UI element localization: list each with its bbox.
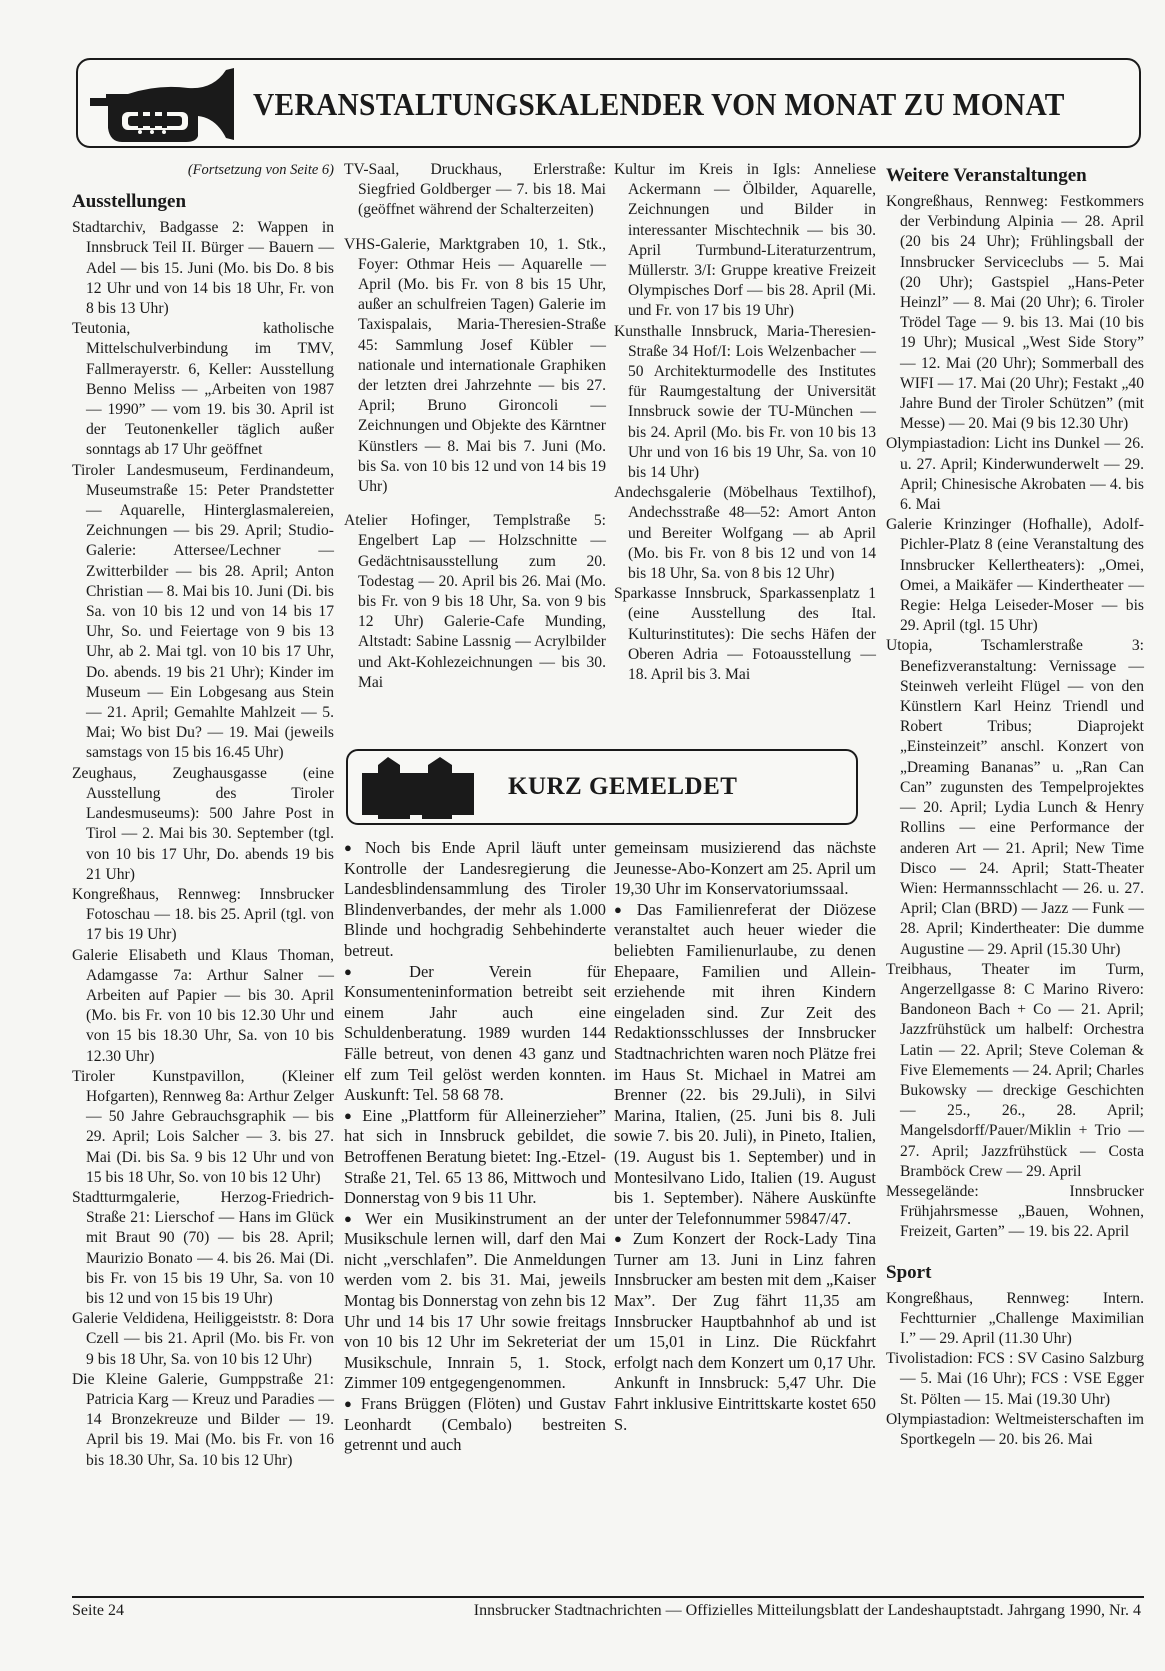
continued-note: (Fortsetzung von Seite 6) — [72, 160, 334, 180]
listing-entry: Stadtarchiv, Badgasse 2: Wappen in Innsb… — [72, 218, 334, 319]
listing-entry: Treibhaus, Theater im Turm, Angerzellgas… — [886, 960, 1144, 1182]
listing-entry: Tiroler Kunstpavillon, (Kleiner Hofgarte… — [72, 1067, 334, 1188]
column-2: TV-Saal, Druckhaus, Erlerstraße: Siegfri… — [344, 160, 606, 693]
listing-entry: Kongreßhaus, Rennweg: Festkommers der Ve… — [886, 192, 1144, 434]
listing-entry: Tivolistadion: FCS : SV Casino Salzburg … — [886, 1349, 1144, 1410]
kurz-column-1: ●Noch bis Ende April läuft unter Kontrol… — [344, 838, 606, 1456]
listing-entry: Kunsthalle Innsbruck, Maria-Theresien-St… — [614, 322, 876, 484]
news-item: ●Wer ein Musikinstrument an der Musiksch… — [344, 1209, 606, 1394]
listing-entry: Zeughaus, Zeughausgasse (eine Ausstellun… — [72, 764, 334, 885]
footer-divider — [72, 1596, 1144, 1598]
bullet-icon: ● — [344, 840, 359, 855]
bullet-icon: ● — [344, 1211, 359, 1226]
listing-entry: Tiroler Landesmuseum, Ferdinandeum, Muse… — [72, 461, 334, 764]
listing-entry: Kongreßhaus, Rennweg: Innsbrucker Fotosc… — [72, 885, 334, 946]
section-heading-weitere: Weitere Veranstaltungen — [886, 164, 1144, 188]
tuba-icon — [88, 66, 238, 144]
listing-entry: Stadtturmgalerie, Herzog-Friedrich-Straß… — [72, 1188, 334, 1309]
news-item: ●Zum Konzert der Rock-Lady Tina Turner a… — [614, 1229, 876, 1435]
news-item: ●Noch bis Ende April läuft unter Kontrol… — [344, 838, 606, 962]
listing-entry: Galerie Krinzinger (Hofhalle), Adolf-Pic… — [886, 515, 1144, 636]
listing-entry: Utopia, Tschamlerstraße 3: Benefizverans… — [886, 636, 1144, 959]
news-item: ●Das Familienreferat der Diözese veranst… — [614, 900, 876, 1230]
listing-entry: Atelier Hofinger, Templstraße 5: Engelbe… — [344, 511, 606, 693]
news-item: ●Der Verein für Konsumenteninformation b… — [344, 962, 606, 1106]
listing-entry: Galerie Elisabeth und Klaus Thoman, Adam… — [72, 946, 334, 1067]
listing-entry: Olympiastadion: Weltmeisterschaften im S… — [886, 1410, 1144, 1450]
news-item-continued: gemeinsam musizierend das nächste Jeunes… — [614, 838, 876, 900]
section-heading-ausstellungen: Ausstellungen — [72, 190, 334, 214]
bullet-icon: ● — [344, 1396, 355, 1411]
page-title: VERANSTALTUNGSKALENDER VON MONAT ZU MONA… — [253, 86, 1065, 123]
listing-entry: Kongreßhaus, Rennweg: Intern. Fechtturni… — [886, 1289, 1144, 1350]
news-item: ●Frans Brüggen (Flöten) und Gustav Leonh… — [344, 1394, 606, 1456]
column-1: (Fortsetzung von Seite 6) Ausstellungen … — [72, 160, 334, 1471]
listing-entry: VHS-Galerie, Marktgraben 10, 1. Stk., Fo… — [344, 235, 606, 498]
listing-entry: Sparkasse Innsbruck, Sparkassenplatz 1 (… — [614, 584, 876, 685]
publication-line: Innsbrucker Stadtnachrichten — Offiziell… — [474, 1602, 1141, 1620]
listing-entry: Galerie Veldidena, Heiliggeiststr. 8: Do… — [72, 1309, 334, 1370]
kurz-gemeldet-title: KURZ GEMELDET — [508, 773, 737, 801]
bullet-icon: ● — [614, 902, 631, 917]
listing-entry: Messegelände: Innsbrucker Frühjahrsmesse… — [886, 1182, 1144, 1243]
listing-entry: TV-Saal, Druckhaus, Erlerstraße: Siegfri… — [344, 160, 606, 221]
listing-entry: Teutonia, katholische Mittelschulverbind… — [72, 319, 334, 460]
listing-entry: Andechsgalerie (Möbelhaus Textilhof), An… — [614, 483, 876, 584]
masthead-banner: VERANSTALTUNGSKALENDER VON MONAT ZU MONA… — [76, 58, 1141, 148]
column-3: Kultur im Kreis in Igls: Anneliese Acker… — [614, 160, 876, 685]
listing-entry: Kultur im Kreis in Igls: Anneliese Acker… — [614, 160, 876, 322]
bullet-icon: ● — [344, 1108, 356, 1123]
column-4: Weitere Veranstaltungen Kongreßhaus, Ren… — [886, 160, 1144, 1450]
kurz-column-2: gemeinsam musizierend das nächste Jeunes… — [614, 838, 876, 1435]
page-number: Seite 24 — [72, 1602, 124, 1620]
news-item: ●Eine „Plattform für Alleinerzieher” hat… — [344, 1106, 606, 1209]
section-heading-sport: Sport — [886, 1261, 1144, 1285]
listing-entry: Die Kleine Galerie, Gumppstraße 21: Patr… — [72, 1370, 334, 1471]
bullet-icon: ● — [344, 964, 403, 979]
listing-entry: Olympiastadion: Licht ins Dunkel — 26. u… — [886, 434, 1144, 515]
newspaper-page: VERANSTALTUNGSKALENDER VON MONAT ZU MONA… — [0, 0, 1165, 1671]
bullet-icon: ● — [614, 1231, 627, 1246]
kurz-gemeldet-banner: KURZ GEMELDET — [346, 749, 858, 825]
houses-icon — [362, 757, 474, 819]
